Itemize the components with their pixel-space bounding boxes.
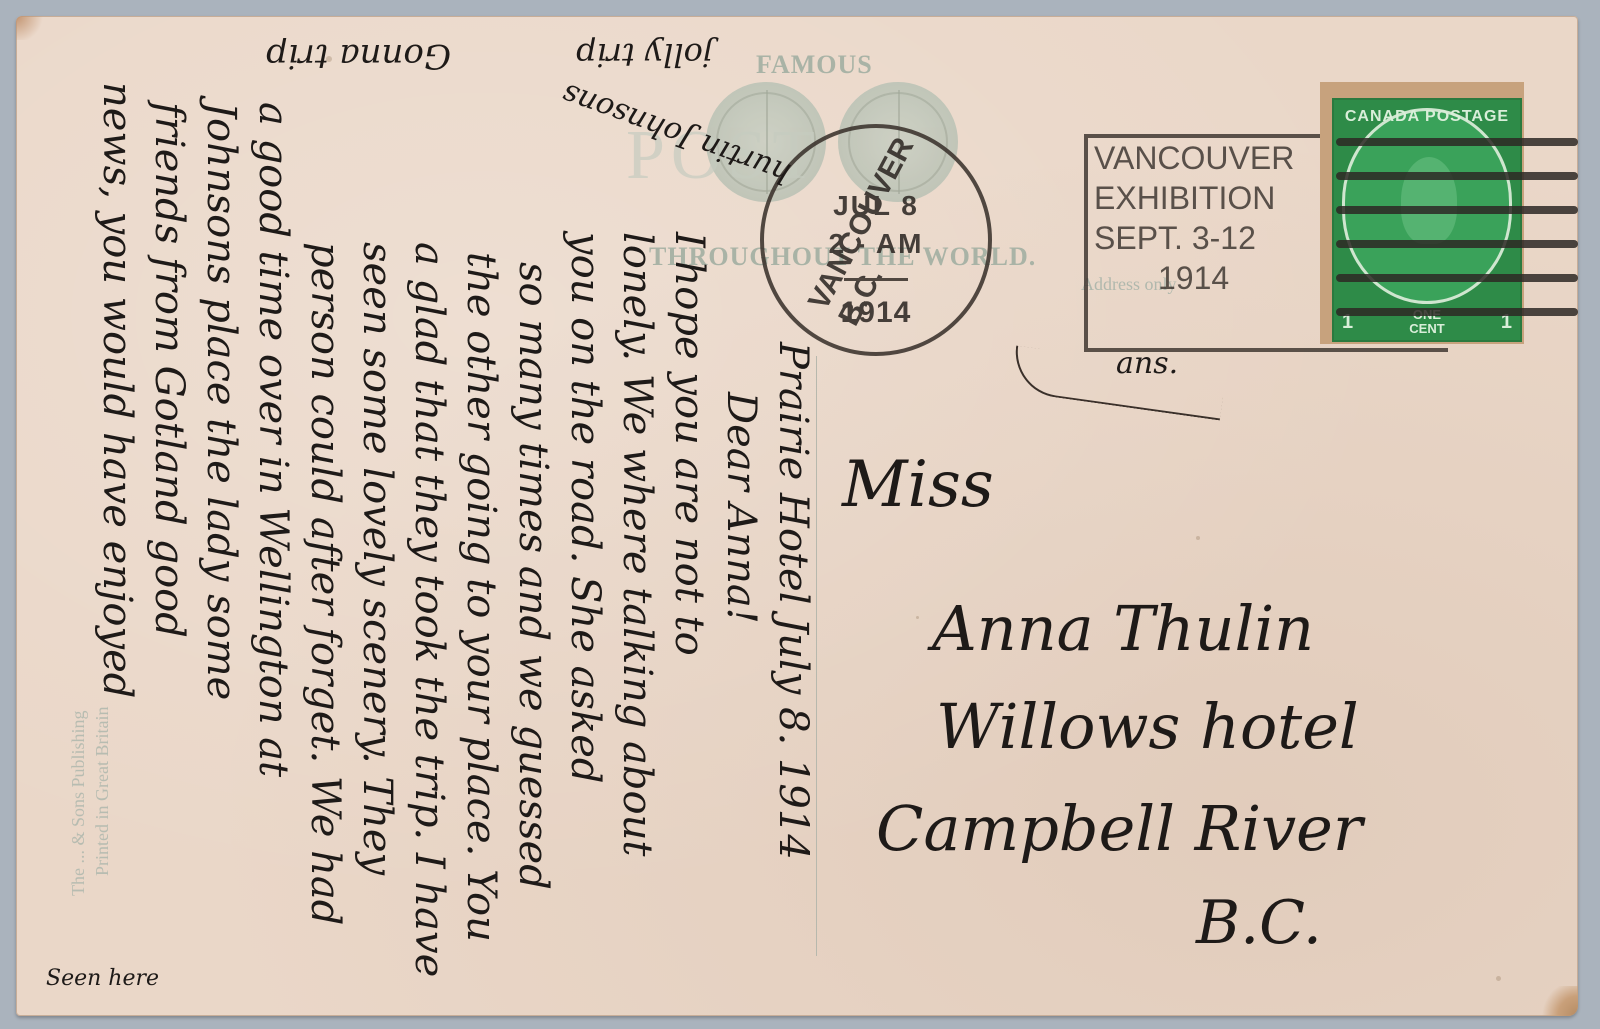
- message-line: a good time over in Wellington at: [250, 102, 296, 777]
- slogan-line: VANCOUVER: [1094, 138, 1294, 178]
- slogan-cancel: VANCOUVER EXHIBITION SEPT. 3-12 1914: [1094, 138, 1294, 298]
- cancel-bar: [1336, 172, 1578, 180]
- message-line: seen some lovely scenery. They: [354, 242, 400, 875]
- message-line: news, you would have enjoyed: [94, 82, 140, 698]
- margin-note: Gonna trip: [266, 36, 451, 76]
- corner-note: Seen here: [46, 966, 159, 991]
- message-line: Johnsons place the lady some: [198, 102, 244, 700]
- printed-in-imprint: Printed in Great Britain: [92, 707, 113, 876]
- message-line: lonely. We where talking about: [614, 232, 660, 856]
- printed-header-famous: FAMOUS: [756, 50, 873, 80]
- cancel-bar: [1336, 206, 1578, 214]
- slogan-year: 1914: [1094, 258, 1294, 298]
- paper-speck: [1196, 536, 1200, 540]
- message-line: Dear Anna!: [718, 392, 764, 624]
- postmark-year: 1914: [764, 296, 988, 330]
- message-line: Prairie Hotel July 8. 1914: [770, 342, 816, 860]
- margin-note: jolly trip: [576, 36, 713, 74]
- paper-speck: [916, 616, 919, 619]
- address-city: Campbell River: [876, 792, 1363, 865]
- stamp-country: CANADA POSTAGE: [1334, 108, 1520, 126]
- message-line: a glad that they took the trip. I have: [406, 242, 452, 977]
- cancel-bar: [1336, 308, 1578, 316]
- message-line: person could after forget. We had: [302, 242, 348, 925]
- corner-wear: [16, 16, 46, 40]
- message-line: the other going to your place. You: [458, 252, 504, 942]
- postmark-rule: [844, 278, 908, 281]
- postcard-back: POST FAMOUS THROUGHOUT THE WORLD. Addres…: [16, 16, 1578, 1016]
- publisher-imprint: The ... & Sons Publishing: [68, 710, 89, 896]
- message-line: so many times and we guessed: [510, 262, 556, 890]
- corner-wear: [1538, 986, 1578, 1016]
- address-name: Anna Thulin: [932, 592, 1314, 665]
- card-divider-line: [816, 356, 817, 956]
- postage-stamp: CANADA POSTAGE 1 1 ONE CENT: [1332, 98, 1522, 342]
- cancel-bar: [1336, 240, 1578, 248]
- address-salutation: Miss: [842, 448, 994, 522]
- king-portrait-icon: [1401, 157, 1457, 244]
- address-hotel: Willows hotel: [936, 690, 1359, 763]
- message-line: I hope you are not to: [666, 232, 712, 656]
- cancel-bar: [1336, 274, 1578, 282]
- slogan-line: EXHIBITION: [1094, 178, 1294, 218]
- slogan-line: SEPT. 3-12: [1094, 218, 1294, 258]
- answered-note: ans.: [1116, 346, 1178, 381]
- message-line: you on the road. She asked: [562, 232, 608, 783]
- postmark-time: 2 - AM: [764, 228, 988, 260]
- address-province: B.C.: [1196, 888, 1322, 958]
- message-line: friends from Gotland good: [146, 102, 192, 638]
- stamp-value-line: CENT: [1334, 322, 1520, 336]
- paper-speck: [1496, 976, 1501, 981]
- cancel-bar: [1336, 138, 1578, 146]
- postmark-date: JUL 8: [764, 190, 988, 222]
